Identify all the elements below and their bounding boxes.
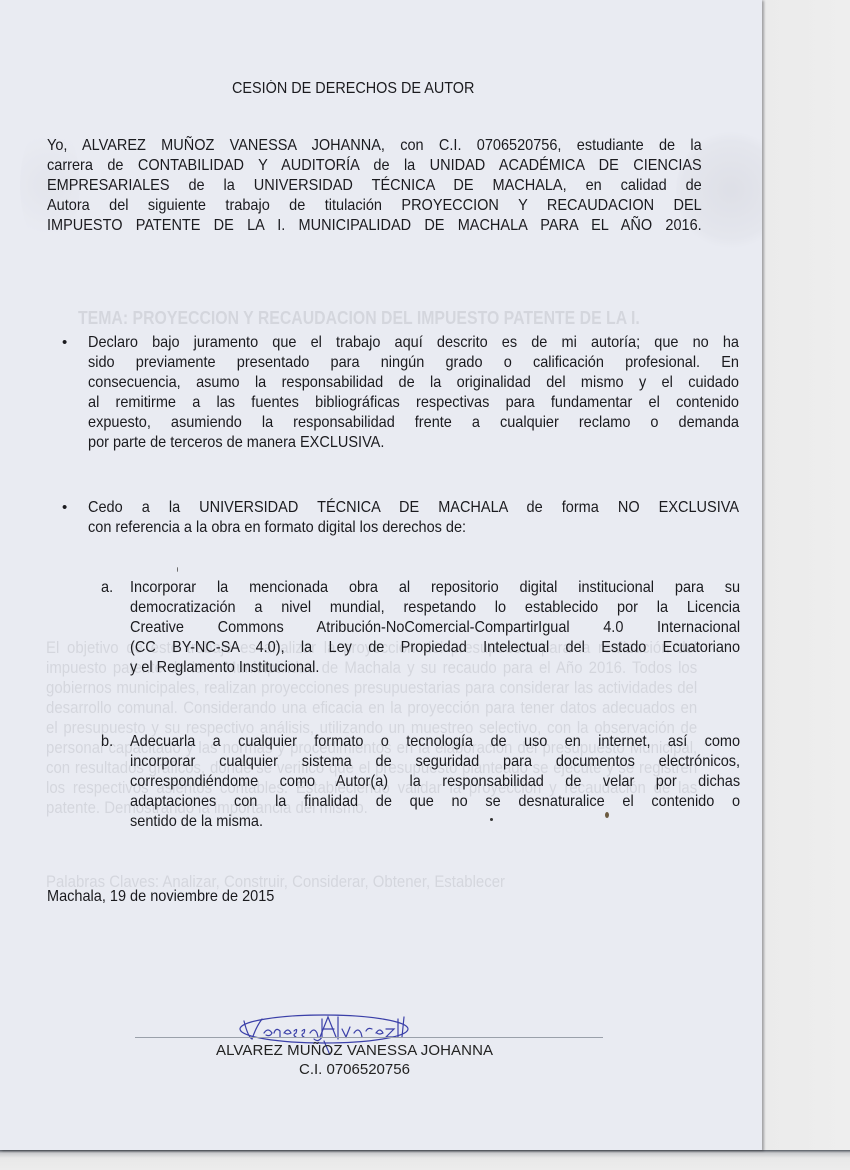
paragraph-line: Incorporar la mencionada obra al reposit… [130,578,740,598]
intro-line: EMPRESARIALES de la UNIVERSIDAD TÉCNICA … [47,176,702,196]
scanner-background-right [762,0,850,1170]
intro-line: carrera de CONTABILIDAD Y AUDITORÍA de l… [47,156,702,176]
place-date: Machala, 19 de noviembre de 2015 [47,887,274,907]
intro-line: IMPUESTO PATENTE DE LA I. MUNICIPALIDAD … [47,216,702,236]
paragraph-line: con referencia a la obra en formato digi… [88,518,739,538]
signer-id-number: C.I. 0706520756 [299,1061,410,1079]
paragraph-line: democratización a nivel mundial, respeta… [130,598,740,618]
intro-line: Yo, ALVAREZ MUÑOZ VANESSA JOHANNA, con C… [47,136,702,156]
list-marker-b: b. [101,732,113,752]
list-marker-a: a. [101,578,113,598]
signer-name: ALVAREZ MUÑOZ VANESSA JOHANNA [216,1042,493,1060]
declaration-paragraph: Declaro bajo juramento que el trabajo aq… [88,333,739,453]
bullet-icon: • [62,333,67,353]
signature-line [135,1037,603,1038]
paragraph-line: Declaro bajo juramento que el trabajo aq… [88,333,739,353]
scan-speck [605,812,609,818]
document-page: TEMA: PROYECCION Y RECAUDACION DEL IMPUE… [0,0,762,1150]
scanner-background-bottom [0,1150,850,1170]
paragraph-line: al remitirme a las fuentes bibliográfica… [88,393,739,413]
paragraph-line: Adecuarla a cualquier formato o tecnolog… [130,732,740,752]
paragraph-line: sido previamente presentado para ningún … [88,353,739,373]
bullet-icon: • [62,498,67,518]
paragraph-line: (CC BY-NC-SA 4.0), la Ley de Propiedad I… [130,638,740,658]
rights-grant-paragraph: Cedo a la UNIVERSIDAD TÉCNICA DE MACHALA… [88,498,739,538]
scan-speck [490,818,493,821]
paragraph-line: consecuencia, asumo la responsabilidad d… [88,373,739,393]
paragraph-line: expuesto, asumiendo la responsabilidad f… [88,413,739,433]
paragraph-line: incorporar cualquier sistema de segurida… [130,752,740,772]
sub-item-b: Adecuarla a cualquier formato o tecnolog… [130,732,740,832]
paragraph-line: adaptaciones con la finalidad de que no … [130,792,740,812]
paragraph-line: correspondiéndome como Autor(a) la respo… [130,772,740,792]
scan-speck [177,567,178,572]
bleed-through-title: TEMA: PROYECCION Y RECAUDACION DEL IMPUE… [78,308,640,328]
paragraph-line: Creative Commons Atribución-NoComercial-… [130,618,740,638]
intro-line: Autora del siguiente trabajo de titulaci… [47,196,702,216]
paragraph-line: Cedo a la UNIVERSIDAD TÉCNICA DE MACHALA… [88,498,739,518]
document-title: CESIÓN DE DERECHOS DE AUTOR [232,79,474,99]
paragraph-line: por parte de terceros de manera EXCLUSIV… [88,433,739,453]
intro-paragraph: Yo, ALVAREZ MUÑOZ VANESSA JOHANNA, con C… [47,136,702,236]
sub-item-a: Incorporar la mencionada obra al reposit… [130,578,740,678]
paragraph-line: y el Reglamento Institucional. [130,658,740,678]
paragraph-line: sentido de la misma. [130,812,740,832]
